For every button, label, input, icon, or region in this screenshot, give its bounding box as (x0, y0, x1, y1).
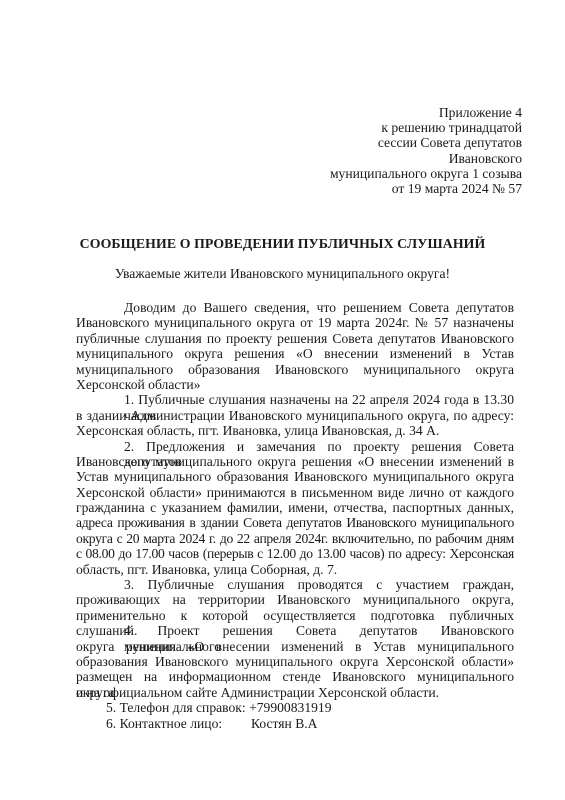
appendix-line: муниципального округа 1 созыва (330, 166, 522, 181)
text-line: адреса проживания в здании Совета депута… (76, 515, 514, 530)
phone-number: +79900831919 (249, 700, 331, 715)
text-line: публичные слушания по проекту решения Со… (76, 331, 514, 346)
document-body: Доводим до Вашего сведения, что решением… (76, 300, 514, 731)
contact-line: 6. Контактное лицо: Костян В.А (76, 716, 514, 731)
item-3-paragraph: 3. Публичные слушания проводятся с участ… (76, 577, 514, 623)
text-line: округа решения «О внесении изменений в У… (76, 639, 514, 654)
appendix-line: от 19 марта 2024 № 57 (330, 181, 522, 196)
text-line: проживающих на территории Ивановского му… (76, 592, 514, 607)
appendix-line: Приложение 4 (330, 105, 522, 120)
text-line: Херсонской области» (76, 377, 514, 392)
text-line: 2. Предложения и замечания по проекту ре… (76, 439, 514, 454)
text-line: муниципального образования Ивановского м… (76, 362, 514, 377)
text-line: и на официальном сайте Администрации Хер… (76, 685, 514, 700)
text-line: в здании Администрации Ивановского муниц… (76, 408, 514, 423)
item-2-paragraph: 2. Предложения и замечания по проекту ре… (76, 439, 514, 578)
text-line: 4. Проект решения Совета депутатов Ивано… (76, 623, 514, 638)
text-line: Херсонская область, пгт. Ивановка, улица… (76, 423, 514, 438)
text-line: размещен на информационном стенде Иванов… (76, 669, 514, 684)
greeting: Уважаемые жители Ивановского муниципальн… (0, 266, 565, 282)
text-line: муниципального округа решения «О внесени… (76, 346, 514, 361)
item-1-paragraph: 1. Публичные слушания назначены на 22 ап… (76, 392, 514, 438)
text-line: округа с 20 марта 2024 г. до 22 апреля 2… (76, 531, 514, 546)
text-line: Доводим до Вашего сведения, что решением… (76, 300, 514, 315)
text-line: применительно к которой осуществляется п… (76, 608, 514, 623)
phone-label: 5. Телефон для справок: (106, 700, 246, 715)
item-4-paragraph: 4. Проект решения Совета депутатов Ивано… (76, 623, 514, 700)
document-page: Приложение 4 к решению тринадцатой сесси… (0, 0, 565, 800)
document-title: СООБЩЕНИЕ О ПРОВЕДЕНИИ ПУБЛИЧНЫХ СЛУШАНИ… (0, 236, 565, 252)
appendix-line: Ивановского (330, 151, 522, 166)
contact-label: 6. Контактное лицо: (106, 716, 222, 731)
appendix-header: Приложение 4 к решению тринадцатой сесси… (330, 105, 522, 196)
appendix-line: сессии Совета депутатов (330, 135, 522, 150)
text-line: область, пгт. Ивановка, улица Соборная, … (76, 562, 514, 577)
text-line: 3. Публичные слушания проводятся с участ… (76, 577, 514, 592)
text-line: Херсонской области» принимаются в письме… (76, 485, 514, 500)
appendix-line: к решению тринадцатой (330, 120, 522, 135)
text-line: 1. Публичные слушания назначены на 22 ап… (76, 392, 514, 407)
text-line: с 08.00 до 17.00 часов (перерыв с 12.00 … (76, 546, 514, 561)
text-line: гражданина с указанием фамилии, имени, о… (76, 500, 514, 515)
intro-paragraph: Доводим до Вашего сведения, что решением… (76, 300, 514, 392)
text-line: Ивановского муниципального округа решени… (76, 454, 514, 469)
text-line: Устав муниципального образования Ивановс… (76, 469, 514, 484)
text-line: образования Ивановского муниципального о… (76, 654, 514, 669)
text-line: Ивановского муниципального округа от 19 … (76, 315, 514, 330)
phone-line: 5. Телефон для справок: +79900831919 (76, 700, 514, 715)
contact-person: Костян В.А (251, 716, 318, 731)
